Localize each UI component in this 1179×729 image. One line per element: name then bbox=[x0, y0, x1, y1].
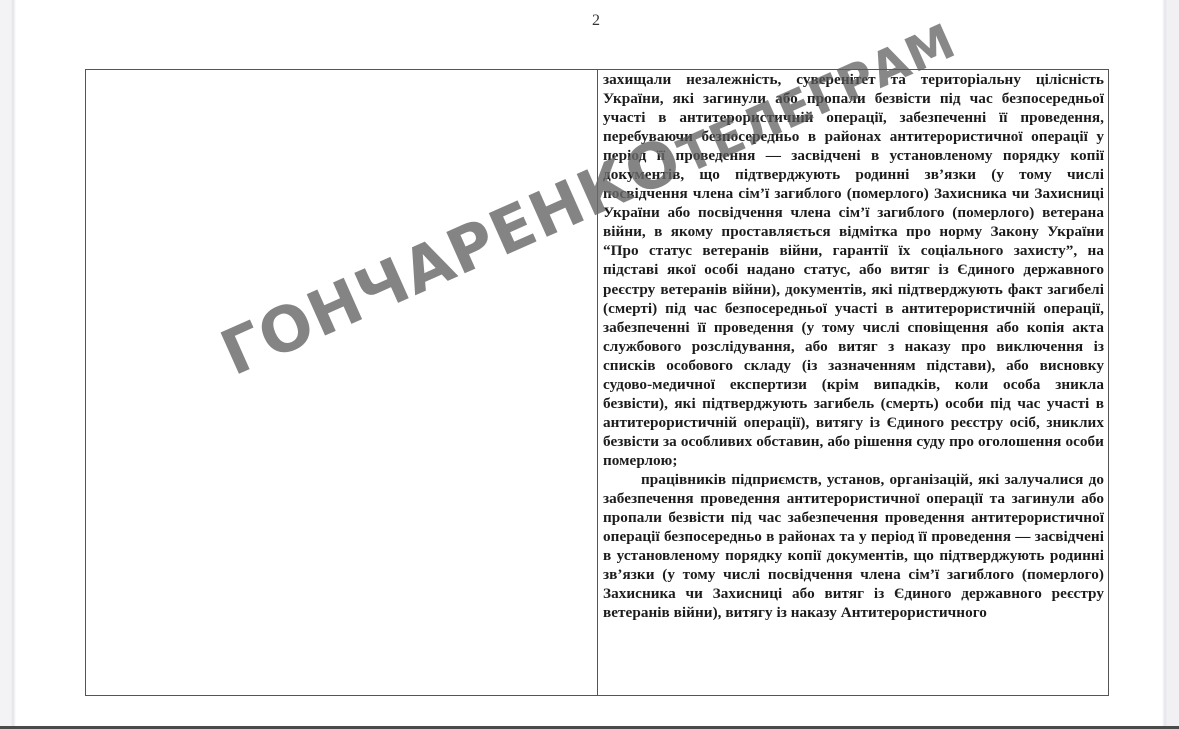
left-page-margin bbox=[0, 0, 16, 729]
table-cell-left bbox=[86, 70, 598, 695]
page-number: 2 bbox=[592, 12, 600, 30]
paragraph-workers: працівників підприємств, установ, органі… bbox=[603, 470, 1104, 622]
right-page-margin bbox=[1162, 0, 1179, 729]
table-cell-right: захищали незалежність, суверенітет та те… bbox=[598, 70, 1108, 695]
paragraph-continuation: захищали незалежність, суверенітет та те… bbox=[603, 70, 1104, 470]
document-table: захищали незалежність, суверенітет та те… bbox=[85, 69, 1109, 696]
